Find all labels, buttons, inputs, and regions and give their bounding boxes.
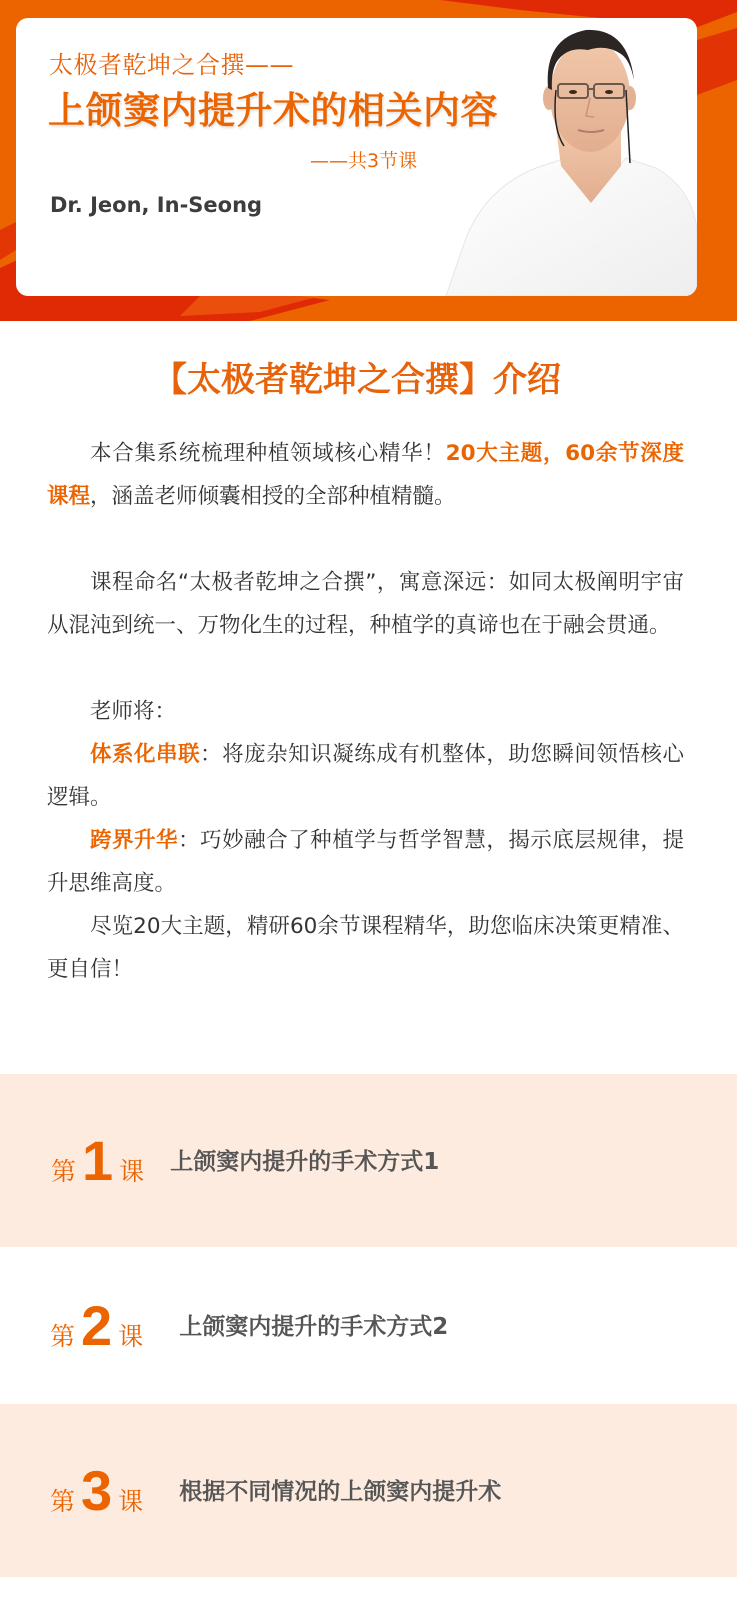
intro-point-2: 跨界升华：巧妙融合了种植学与哲学智慧，揭示底层规律，提升思维高度。 [47,819,684,905]
lesson-item-2[interactable]: 第 2 课 上颌窦内提升的手术方式2 [0,1247,737,1404]
lesson-suffix: 课 [118,1323,143,1351]
lesson-title: 上颌窦内提升的手术方式2 [179,1308,448,1343]
doctor-portrait [416,18,697,296]
intro-paragraph-2: 课程命名“太极者乾坤之合撰”，寓意深远：如同太极阐明宇宙从混沌到统一、万物化生的… [47,561,684,647]
paragraph-text: 本合集系统梳理种植领域核心精华！ [90,441,446,466]
banner-lesson-count: ——共3节课 [310,146,417,173]
lesson-number-label: 第 2 课 [50,1301,143,1351]
highlight-text: 跨界升华 [90,828,178,853]
banner-pre-title: 太极者乾坤之合撰—— [49,45,294,80]
lesson-number-label: 第 1 课 [51,1136,144,1186]
highlight-text: 体系化串联 [90,742,200,767]
lesson-number: 2 [81,1301,112,1351]
lesson-prefix: 第 [51,1158,76,1186]
lesson-number: 3 [81,1466,112,1516]
intro-heading: 【太极者乾坤之合撰】介绍 [0,352,714,401]
course-banner: 太极者乾坤之合撰—— 上颌窦内提升术的相关内容 ——共3节课 Dr. Jeon,… [0,0,737,321]
doctor-name: Dr. Jeon, In-Seong [50,193,262,217]
lesson-item-1[interactable]: 第 1 课 上颌窦内提升的手术方式1 [0,1074,737,1247]
lesson-suffix: 课 [119,1158,144,1186]
intro-paragraph-3-intro: 老师将： [47,690,684,733]
intro-closing: 尽览20大主题，精研60余节课程精华，助您临床决策更精准、更自信！ [47,905,684,991]
lesson-item-3[interactable]: 第 3 课 根据不同情况的上颌窦内提升术 [0,1404,737,1577]
intro-paragraph-1: 本合集系统梳理种植领域核心精华！20大主题，60余节深度课程，涵盖老师倾囊相授的… [47,432,684,518]
paragraph-text: ，涵盖老师倾囊相授的全部种植精髓。 [90,484,456,509]
lesson-suffix: 课 [118,1488,143,1516]
lesson-prefix: 第 [50,1488,75,1516]
lesson-title: 根据不同情况的上颌窦内提升术 [179,1473,501,1508]
lesson-number-label: 第 3 课 [50,1466,143,1516]
banner-main-title: 上颌窦内提升术的相关内容 [48,80,498,134]
banner-card: 太极者乾坤之合撰—— 上颌窦内提升术的相关内容 ——共3节课 Dr. Jeon,… [16,18,697,296]
intro-body: 本合集系统梳理种植领域核心精华！20大主题，60余节深度课程，涵盖老师倾囊相授的… [47,432,684,991]
lesson-prefix: 第 [50,1323,75,1351]
intro-point-1: 体系化串联：将庞杂知识凝练成有机整体，助您瞬间领悟核心逻辑。 [47,733,684,819]
lesson-title: 上颌窦内提升的手术方式1 [170,1143,439,1178]
lesson-number: 1 [82,1136,113,1186]
